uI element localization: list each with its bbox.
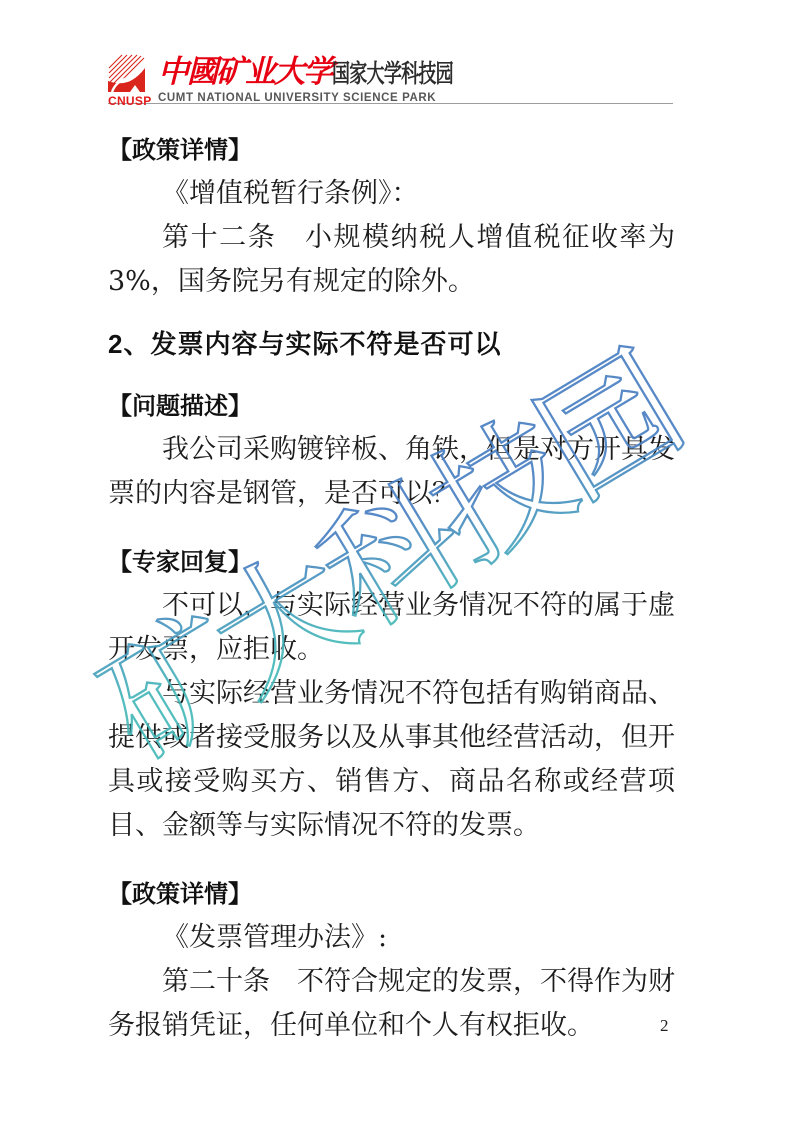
section-heading-question: 【问题描述】 xyxy=(108,392,675,422)
org-name-script: 中國矿业大学 xyxy=(158,54,332,90)
header: CNUSP 中國矿业大学 国家大学科技园 CUMT NATIONAL UNIVE… xyxy=(108,54,681,107)
question-heading-2: 2、发票内容与实际不符是否可以 xyxy=(108,328,675,360)
paragraph-reply-2: 与实际经营业务情况不符包括有购销商品、提供或者接受服务以及从事其他经营活动，但开… xyxy=(108,672,675,848)
cnusp-logo-icon xyxy=(108,54,146,94)
logo: CNUSP xyxy=(108,54,154,107)
paragraph-article-20: 第二十条 不符合规定的发票，不得作为财务报销凭证，任何单位和个人有权拒收。 xyxy=(108,960,675,1048)
page-number: 2 xyxy=(660,1016,669,1036)
paragraph-regulation-title-2: 《发票管理办法》: xyxy=(108,916,675,960)
section-heading-expert-reply: 【专家回复】 xyxy=(108,548,675,578)
document-page: CNUSP 中國矿业大学 国家大学科技园 CUMT NATIONAL UNIVE… xyxy=(0,0,793,1122)
org-name-cn: 国家大学科技园 xyxy=(332,60,453,88)
paragraph-question: 我公司采购镀锌板、角铁，但是对方开具发票的内容是钢管，是否可以？ xyxy=(108,428,675,516)
paragraph-reply-1: 不可以，与实际经营业务情况不符的属于虚开发票，应拒收。 xyxy=(108,584,675,672)
org-name-en: CUMT NATIONAL UNIVERSITY SCIENCE PARK xyxy=(158,92,500,104)
paragraph-regulation-title-1: 《增值税暂行条例》： xyxy=(108,172,675,216)
document-content: 【政策详情】 《增值税暂行条例》： 第十二条 小规模纳税人增值税征收率为 3%，… xyxy=(108,104,675,1048)
org-names: 中國矿业大学 国家大学科技园 CUMT NATIONAL UNIVERSITY … xyxy=(158,54,500,104)
paragraph-article-12: 第十二条 小规模纳税人增值税征收率为 3%，国务院另有规定的除外。 xyxy=(108,216,675,304)
section-heading-policy-detail-2: 【政策详情】 xyxy=(108,880,675,910)
section-heading-policy-detail-1: 【政策详情】 xyxy=(108,136,675,166)
